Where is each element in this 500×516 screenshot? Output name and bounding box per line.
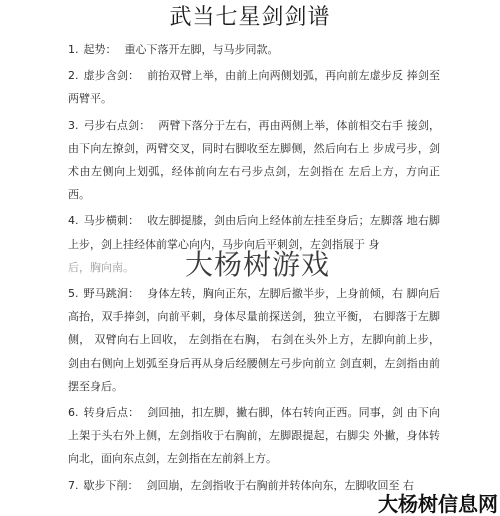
section-text: 身体左转，胸向正东，左脚后撤半步，上身前倾，右 脚向后高抬，双手捧剑，向前平刺，…: [68, 287, 440, 393]
section-name: 弓步右点剑：: [84, 119, 151, 132]
section-number: 3.: [68, 119, 79, 132]
section-name: 马步横刺：: [84, 214, 140, 227]
section-name: 野马跳涧：: [84, 287, 140, 300]
section-name: 起势：: [84, 43, 117, 56]
section-number: 1.: [68, 43, 79, 56]
section-6: 6.转身后点：剑回抽，扣左脚，撇右脚，体右转向正西。同事，剑 由下向上架于头右外…: [68, 401, 440, 471]
section-5: 5.野马跳涧：身体左转，胸向正东，左脚后撤半步，上身前倾，右 脚向后高抬，双手捧…: [68, 282, 440, 398]
section-number: 5.: [68, 287, 79, 300]
section-name: 虚步含剑：: [84, 69, 140, 82]
section-text: 重心下落开左脚，与马步同款。: [125, 43, 279, 56]
section-3: 3.弓步右点剑：两臂下落分于左右，再由两侧上举，体前相交右手 接剑，由下向左撩剑…: [68, 114, 440, 207]
watermark-corner: 大杨树信息网: [378, 492, 498, 516]
section-text-faded: 后，胸向南。: [68, 261, 134, 274]
section-number: 4.: [68, 214, 79, 227]
section-text: 剑回崩，左剑指收于右胸前并转体向东，左脚收回至 右: [147, 479, 415, 492]
page-title: 武当七星剑剑谱: [0, 3, 500, 33]
section-number: 6.: [68, 406, 79, 419]
section-2: 2.虚步含剑：前抬双臂上举，由前上向两侧划弧，再向前左虚步反 捧剑至两臂平。: [68, 64, 440, 110]
section-name: 转身后点：: [84, 406, 140, 419]
section-name: 歇步下削：: [84, 479, 139, 492]
section-1: 1.起势：重心下落开左脚，与马步同款。: [68, 38, 440, 61]
watermark-center: 大杨树游戏: [185, 248, 330, 282]
section-number: 2.: [68, 69, 79, 82]
section-number: 7.: [68, 479, 79, 492]
